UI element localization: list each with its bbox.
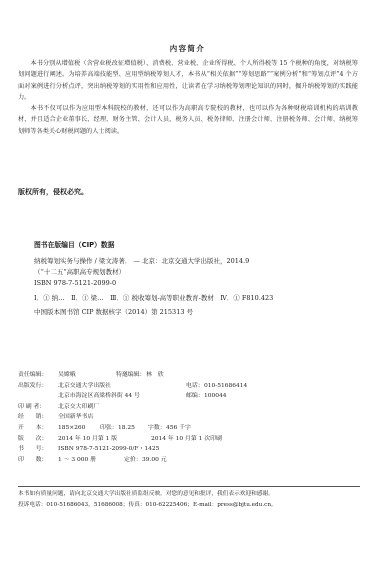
- divider: [18, 486, 360, 487]
- publisher-label: 出版发行：: [18, 381, 58, 392]
- postcode-label: 邮编：: [186, 391, 204, 402]
- words-label: 字数：: [148, 423, 166, 434]
- cip-line-series: （“十二五”高职高专规划教材）: [34, 267, 354, 278]
- cip-title: 图书在版编目（CIP）数据: [34, 239, 114, 249]
- printer-label: 印 刷 者：: [18, 402, 58, 413]
- print-run-value: 1 ～ 3 000 册: [58, 455, 96, 466]
- format-value: 185×260: [58, 423, 85, 434]
- isbn-label: 书 号：: [18, 444, 58, 455]
- edition-label: 版 次：: [18, 434, 58, 445]
- sheets-label: 印张：: [100, 423, 118, 434]
- publishing-info: 责任编辑： 吴嫦娥 特邀编辑： 林 欣 出版发行： 北京交通大学出版社 电话： …: [18, 370, 358, 465]
- copyright-page: 内容简介 本书分别从增值税（含营业税改征增值税）、消费税、营业税、企业所得税、个…: [0, 0, 375, 562]
- print-run-row: 印 数： 1 ～ 3 000 册 定价： 39.00 元: [18, 455, 358, 466]
- cip-data: 纳税筹划实务与操作 / 梁文涛著． — 北京：北京交通大学出版社，2014.9 …: [34, 256, 354, 318]
- format-row: 开 本： 185×260 印张： 18.25 字数： 456 千字: [18, 423, 358, 434]
- price-label: 定价：: [124, 455, 142, 466]
- phone-label: 电话：: [186, 381, 204, 392]
- copyright-notice: 版权所有，侵权必究。: [18, 187, 88, 197]
- summary-body: 本书分别从增值税（含营业税改征增值税）、消费税、营业税、企业所得税、个人所得税等…: [18, 58, 358, 137]
- distributor-value: 全国新华书店: [58, 412, 93, 423]
- publisher-value: 北京交通大学出版社: [58, 381, 111, 392]
- cip-classification: Ⅰ．① 纳… Ⅱ．① 梁… Ⅲ．① 税收筹划-高等职业教育-教材 Ⅳ．① F81…: [34, 293, 354, 304]
- distributor-row: 经 销： 全国新华书店: [18, 412, 358, 423]
- summary-title: 内容简介: [0, 43, 375, 54]
- address-value: 北京市海淀区高梁桥斜街 44 号: [58, 391, 140, 402]
- cip-line-title: 纳税筹划实务与操作 / 梁文涛著． — 北京：北京交通大学出版社，2014.9: [34, 256, 354, 267]
- special-editor-label: 特邀编辑：: [116, 370, 145, 381]
- format-label: 开 本：: [18, 423, 58, 434]
- summary-paragraph: 本书分别从增值税（含营业税改征增值税）、消费税、营业税、企业所得税、个人所得税等…: [18, 58, 358, 103]
- editor-row: 责任编辑： 吴嫦娥 特邀编辑： 林 欣: [18, 370, 358, 381]
- quality-notice: 本书如有质量问题，请向北京交通大学出版社质监组反映。对您的意见和批评，我们表示欢…: [18, 489, 363, 511]
- printing-value: 2014 年 10 月第 1 次印刷: [151, 434, 222, 445]
- address-row: 北京市海淀区高梁桥斜街 44 号 邮编： 100044: [18, 391, 358, 402]
- publisher-row: 出版发行： 北京交通大学出版社 电话： 010-51686414: [18, 381, 358, 392]
- editor-label: 责任编辑：: [18, 370, 58, 381]
- isbn-value: ISBN 978-7-5121-2099-0/F・1425: [58, 444, 159, 455]
- editor-value: 吴嫦娥: [58, 370, 76, 381]
- sheets-value: 18.25: [118, 423, 135, 434]
- phone-value: 010-51686414: [204, 381, 247, 392]
- cip-core-number: 中国版本图书馆 CIP 数据核字（2014）第 215313 号: [34, 307, 354, 318]
- quality-notice-line: 本书如有质量问题，请向北京交通大学出版社质监组反映。对您的意见和批评，我们表示欢…: [18, 489, 363, 500]
- printer-value: 北京交大印刷厂: [58, 402, 99, 413]
- postcode-value: 100044: [204, 391, 227, 402]
- distributor-label: 经 销：: [18, 412, 58, 423]
- summary-paragraph: 本书不仅可以作为应用型本科院校的教材，还可以作为高职高专院校的教材，也可以作为各…: [18, 103, 358, 137]
- special-editor-value: 林 欣: [146, 370, 164, 381]
- print-run-label: 印 数：: [18, 455, 58, 466]
- complaint-contact-line: 投诉电话：010-51686043，51686008；传真：010-622254…: [18, 500, 363, 511]
- edition-value: 2014 年 10 月第 1 版: [58, 434, 117, 445]
- printer-row: 印 刷 者： 北京交大印刷厂: [18, 402, 358, 413]
- edition-row: 版 次： 2014 年 10 月第 1 版 2014 年 10 月第 1 次印刷: [18, 434, 358, 445]
- price-value: 39.00 元: [142, 455, 167, 466]
- cip-line-isbn: ISBN 978-7-5121-2099-0: [34, 278, 354, 289]
- isbn-row: 书 号： ISBN 978-7-5121-2099-0/F・1425: [18, 444, 358, 455]
- words-value: 456 千字: [166, 423, 191, 434]
